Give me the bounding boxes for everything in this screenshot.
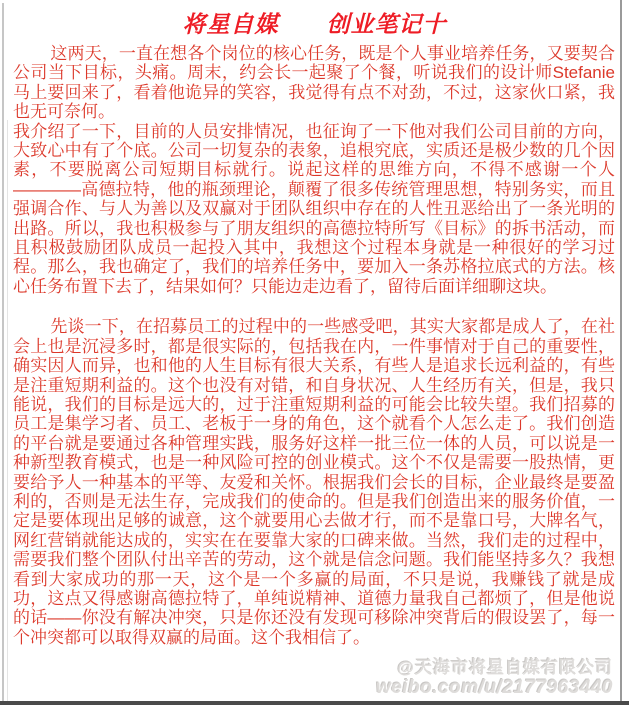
left-inner-border-line (7, 120, 8, 701)
note-body: 这两天，一直在想各个岗位的核心任务，既是个人事业培养任务，又要契合公司当下目标，… (0, 44, 629, 647)
right-border-line (620, 0, 622, 702)
bottom-bar-line (0, 701, 629, 705)
paragraph-2: 我介绍了一下，目前的人员安排情况，也征询了一下他对我们公司目前的方向，大致心中有… (13, 122, 615, 297)
watermark-account-name: @天海市将星自媒有限公司 (376, 658, 613, 678)
page-title: 将星自媒 创业笔记十 (0, 6, 629, 39)
paragraph-3: 先谈一下，在招募员工的过程中的一些感受吧，其实大家都是成人了，在社会上也是沉浸多… (13, 317, 615, 647)
left-border-line (2, 3, 4, 701)
weibo-watermark: @天海市将星自媒有限公司 weibo.com/u/2177963440 (376, 658, 613, 699)
weibo-note-image: 将星自媒 创业笔记十 这两天，一直在想各个岗位的核心任务，既是个人事业培养任务，… (0, 0, 629, 715)
paragraph-1: 这两天，一直在想各个岗位的核心任务，既是个人事业培养任务，又要契合公司当下目标，… (13, 44, 615, 122)
watermark-profile-url: weibo.com/u/2177963440 (376, 677, 613, 699)
